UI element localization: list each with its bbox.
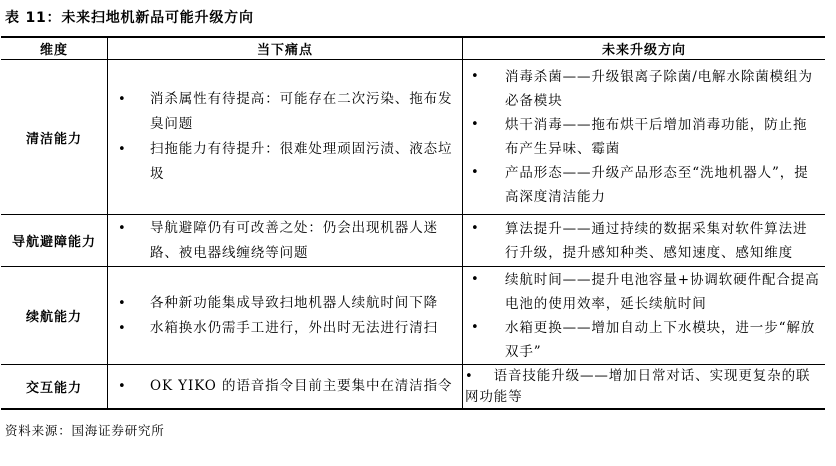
pain-cell-battery: •各种新功能集成导致扫地机器人续航时间下降 •水箱换水仍需手工进行，外出时无法进… <box>108 267 463 365</box>
upgrade-table: 维度 当下痛点 未来升级方向 清洁能力 •消杀属性有待提高：可能存在二次污染、拖… <box>1 36 825 410</box>
dimension-cell-navigation: 导航避障能力 <box>1 215 108 267</box>
pain-cell-navigation: •导航避障仍有可改善之处：仍会出现机器人迷路、被电器线缠绕等问题 <box>108 215 463 267</box>
upgrade-text: 产品形态——升级产品形态至“洗地机器人”，提高深度清洁能力 <box>505 165 809 205</box>
dimension-cell-battery: 续航能力 <box>1 267 108 365</box>
bullet-icon: • <box>465 369 474 384</box>
column-header-pain: 当下痛点 <box>108 38 463 60</box>
bullet-icon: • <box>118 137 127 162</box>
upgrade-cell-interaction: •语音技能升级——增加日常对话、实现更复杂的联网功能等 <box>463 365 825 408</box>
column-header-upgrade: 未来升级方向 <box>463 38 825 60</box>
upgrade-item: •续航时间——提升电池容量+协调软硬件配合提高电池的使用效率，延长续航时间 <box>463 268 821 316</box>
bullet-icon: • <box>471 316 480 340</box>
upgrade-item: •消毒杀菌——升级银离子除菌/电解水除菌模组为必备模块 <box>463 65 821 113</box>
column-header-dimension: 维度 <box>1 38 108 60</box>
bullet-icon: • <box>118 216 127 241</box>
upgrade-text: 烘干消毒——拖布烘干后增加消毒功能，防止拖布产生异味、霉菌 <box>505 117 807 157</box>
pain-text: 扫拖能力有待提升：很难处理顽固污渍、液态垃圾 <box>150 141 452 182</box>
upgrade-item: •水箱更换——增加自动上下水模块，进一步“解放双手” <box>463 316 821 364</box>
dimension-cell-cleaning: 清洁能力 <box>1 60 108 215</box>
bullet-icon: • <box>471 268 480 292</box>
upgrade-cell-battery: •续航时间——提升电池容量+协调软硬件配合提高电池的使用效率，延长续航时间 •水… <box>463 267 825 365</box>
upgrade-item: •烘干消毒——拖布烘干后增加消毒功能，防止拖布产生异味、霉菌 <box>463 113 821 161</box>
upgrade-text: 算法提升——通过持续的数据采集对软件算法进行升级，提升感知种类、感知速度、感知维… <box>505 221 807 261</box>
upgrade-text: 消毒杀菌——升级银离子除菌/电解水除菌模组为必备模块 <box>505 69 813 109</box>
upgrade-item: •语音技能升级——增加日常对话、实现更复杂的联网功能等 <box>463 366 821 407</box>
pain-text: OK YIKO 的语音指令目前主要集中在清洁指令 <box>150 378 452 394</box>
upgrade-text: 水箱更换——增加自动上下水模块，进一步“解放双手” <box>505 320 815 360</box>
pain-text: 导航避障仍有可改善之处：仍会出现机器人迷路、被电器线缠绕等问题 <box>150 220 438 261</box>
pain-item: •水箱换水仍需手工进行，外出时无法进行清扫 <box>108 316 456 341</box>
upgrade-text: 语音技能升级——增加日常对话、实现更复杂的联网功能等 <box>465 368 810 405</box>
upgrade-cell-navigation: •算法提升——通过持续的数据采集对软件算法进行升级，提升感知种类、感知速度、感知… <box>463 215 825 267</box>
bullet-icon: • <box>471 217 480 241</box>
pain-item: •扫拖能力有待提升：很难处理顽固污渍、液态垃圾 <box>108 137 456 187</box>
pain-text: 消杀属性有待提高：可能存在二次污染、拖布发臭问题 <box>150 91 452 132</box>
upgrade-item: •产品形态——升级产品形态至“洗地机器人”，提高深度清洁能力 <box>463 161 821 209</box>
page-title: 表 11：未来扫地机新品可能升级方向 <box>5 7 254 27</box>
pain-item: •各种新功能集成导致扫地机器人续航时间下降 <box>108 291 456 316</box>
pain-item: •OK YIKO 的语音指令目前主要集中在清洁指令 <box>108 374 456 399</box>
pain-item: •消杀属性有待提高：可能存在二次污染、拖布发臭问题 <box>108 87 456 137</box>
upgrade-item: •算法提升——通过持续的数据采集对软件算法进行升级，提升感知种类、感知速度、感知… <box>463 217 821 265</box>
source-note: 资料来源：国海证券研究所 <box>5 421 165 439</box>
pain-text: 水箱换水仍需手工进行，外出时无法进行清扫 <box>150 320 438 336</box>
bullet-icon: • <box>471 113 480 137</box>
bullet-icon: • <box>118 87 127 112</box>
pain-item: •导航避障仍有可改善之处：仍会出现机器人迷路、被电器线缠绕等问题 <box>108 216 456 266</box>
bullet-icon: • <box>471 161 480 185</box>
pain-text: 各种新功能集成导致扫地机器人续航时间下降 <box>150 295 438 311</box>
pain-cell-interaction: •OK YIKO 的语音指令目前主要集中在清洁指令 <box>108 365 463 408</box>
bullet-icon: • <box>118 316 127 341</box>
upgrade-cell-cleaning: •消毒杀菌——升级银离子除菌/电解水除菌模组为必备模块 •烘干消毒——拖布烘干后… <box>463 60 825 215</box>
bullet-icon: • <box>118 374 127 399</box>
dimension-cell-interaction: 交互能力 <box>1 365 108 408</box>
bullet-icon: • <box>118 291 127 316</box>
pain-cell-cleaning: •消杀属性有待提高：可能存在二次污染、拖布发臭问题 •扫拖能力有待提升：很难处理… <box>108 60 463 215</box>
bullet-icon: • <box>471 65 480 89</box>
upgrade-text: 续航时间——提升电池容量+协调软硬件配合提高电池的使用效率，延长续航时间 <box>505 272 820 312</box>
